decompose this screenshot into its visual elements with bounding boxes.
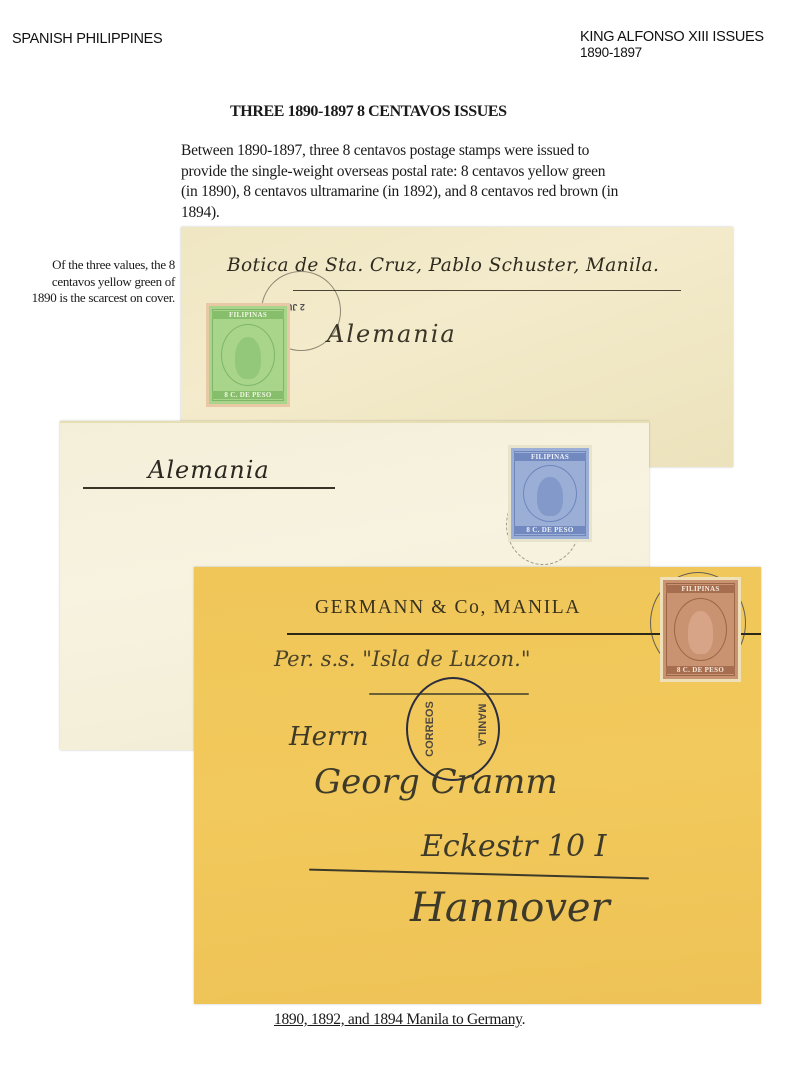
stamp-8c-red-brown: FILIPINAS 8 C. DE PESO <box>663 580 738 679</box>
header-issue: KING ALFONSO XIII ISSUES 1890-1897 <box>580 29 764 61</box>
stamp-value: 8 C. DE PESO <box>514 526 586 534</box>
stamp-country: FILIPINAS <box>212 311 284 319</box>
stamp-8c-ultramarine: FILIPINAS 8 C. DE PESO <box>511 448 589 539</box>
firm-imprint: GERMANN & Co, MANILA <box>315 597 581 619</box>
stamp-8c-yellow-green: FILIPINAS 8 C. DE PESO <box>209 306 287 404</box>
header-country: SPANISH PHILIPPINES <box>12 31 162 47</box>
caption: 1890, 1892, and 1894 Manila to Germany. <box>274 1011 525 1029</box>
header-issue-title: KING ALFONSO XIII ISSUES <box>580 29 764 45</box>
stamp-country: FILIPINAS <box>514 453 586 461</box>
cover-1894: GERMANN & Co, MANILA Per. s.s. "Isla de … <box>194 567 761 1004</box>
header-issue-years: 1890-1897 <box>580 45 764 61</box>
destination: Alemania <box>148 456 270 484</box>
postmark-city: MANILA <box>475 704 487 747</box>
destination: Alemania <box>327 320 457 348</box>
address-city: Hannover <box>410 885 610 931</box>
stamp-value: 8 C. DE PESO <box>212 391 284 399</box>
side-note: Of the three values, the 8 centavos yell… <box>30 257 175 307</box>
portrait-icon <box>537 477 563 516</box>
page-title: THREE 1890-1897 8 CENTAVOS ISSUES <box>230 103 507 121</box>
destination-rule <box>83 487 335 489</box>
ship-routing: Per. s.s. "Isla de Luzon." <box>274 647 531 671</box>
portrait-icon <box>235 337 261 379</box>
caption-text: 1890, 1892, and 1894 Manila to Germany <box>274 1011 522 1028</box>
intro-paragraph: Between 1890-1897, three 8 centavos post… <box>181 141 621 223</box>
stamp-country: FILIPINAS <box>666 585 735 593</box>
imprint-rule <box>293 290 681 291</box>
address-underline <box>309 869 649 880</box>
stamp-value: 8 C. DE PESO <box>666 666 735 674</box>
caption-period: . <box>522 1011 526 1028</box>
address-street: Eckestr 10 I <box>421 829 607 864</box>
postmark-office: CORREOS <box>424 701 436 757</box>
address-salutation: Herrn <box>289 722 369 752</box>
portrait-icon <box>688 611 713 654</box>
address-name: Georg Cramm <box>314 762 558 802</box>
